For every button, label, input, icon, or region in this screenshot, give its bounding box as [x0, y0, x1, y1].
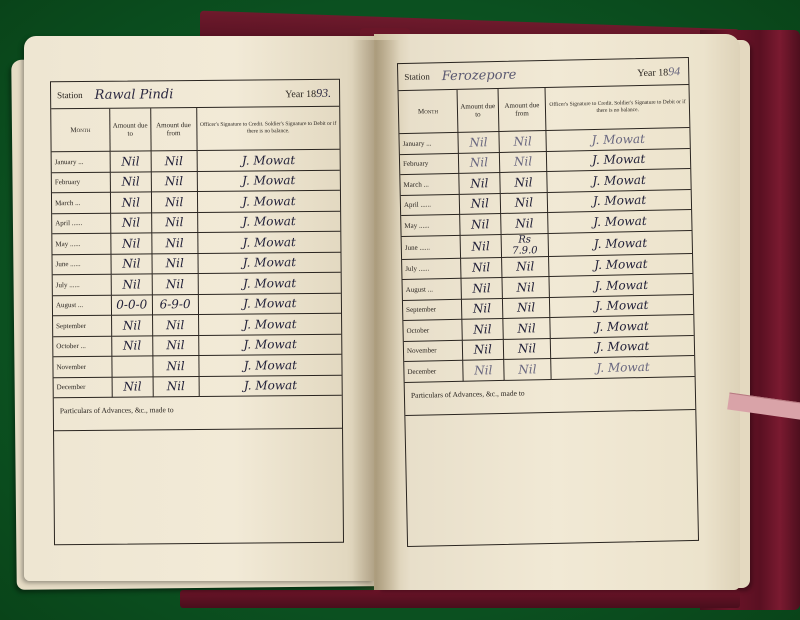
header-month: Month — [51, 109, 110, 152]
due-to-cell: Nil — [110, 171, 151, 192]
table-row: June ......NilNilJ. Mowat — [52, 252, 340, 275]
due-to-cell: Nil — [458, 152, 499, 173]
month-cell: October ... — [53, 336, 112, 357]
due-from-cell: Nil — [151, 150, 197, 171]
year-value: 93. — [316, 85, 331, 99]
due-from-cell: Nil — [151, 191, 197, 212]
due-from-cell: Nil — [502, 297, 550, 318]
due-from-cell: Nil — [151, 171, 197, 192]
due-to-cell: Nil — [461, 298, 502, 319]
due-to-cell: Nil — [461, 277, 502, 298]
month-cell: September — [403, 299, 462, 321]
station-value: Ferozepore — [442, 67, 517, 84]
signature-cell: J. Mowat — [197, 170, 340, 192]
due-to-cell: Nil — [112, 376, 153, 397]
monthly-account-table: Month Amount due to Amount due from Offi… — [399, 85, 695, 383]
due-from-cell: Nil — [152, 335, 198, 356]
due-from-cell: Nil — [501, 256, 549, 277]
due-from-cell: Nil — [151, 212, 197, 233]
monthly-account-table: Month Amount due to Amount due from Offi… — [51, 107, 342, 399]
month-cell: February — [52, 172, 111, 193]
due-from-cell: Rs 7.9.0 — [501, 233, 549, 257]
signature-cell: J. Mowat — [198, 313, 341, 335]
month-cell: July ...... — [53, 274, 112, 295]
header-amount-due-to: Amount due to — [110, 108, 151, 151]
due-to-cell: Nil — [461, 257, 502, 278]
due-to-cell: Nil — [112, 335, 153, 356]
due-to-cell: 0-0-0 — [111, 294, 152, 315]
table-row: July ......NilNilJ. Mowat — [53, 272, 341, 295]
due-from-cell: Nil — [152, 253, 198, 274]
left-account-form: Station Rawal Pindi Year 1893. Month Amo… — [50, 79, 344, 546]
header-amount-due-to: Amount due to — [457, 89, 499, 132]
month-cell: April ...... — [401, 194, 460, 216]
table-row: March ...NilNilJ. Mowat — [52, 190, 340, 213]
leather-cover-bottom-edge — [180, 590, 740, 608]
month-cell: May ...... — [401, 214, 460, 236]
due-from-cell: 6-9-0 — [152, 294, 198, 315]
signature-cell: J. Mowat — [197, 190, 340, 212]
signature-cell: J. Mowat — [199, 375, 342, 397]
due-from-cell: Nil — [503, 358, 551, 379]
signature-cell: J. Mowat — [197, 231, 340, 253]
due-from-cell: Nil — [152, 273, 198, 294]
month-cell: June ...... — [52, 254, 111, 275]
header-signature: Officer's Signature to Credit. Soldier's… — [196, 107, 339, 151]
signature-cell: J. Mowat — [197, 211, 340, 233]
month-cell: July ...... — [402, 258, 461, 280]
table-row: NovemberNilJ. Mowat — [53, 354, 341, 377]
due-to-cell: Nil — [111, 233, 152, 254]
month-cell: August ... — [402, 278, 461, 300]
month-cell: June ...... — [402, 235, 461, 259]
table-row: DecemberNilNilJ. Mowat — [54, 375, 342, 398]
due-to-cell: Nil — [111, 253, 152, 274]
particulars-label: Particulars of Advances, &c., made to — [54, 396, 342, 432]
year-prefix: Year 18 — [285, 88, 316, 99]
month-cell: March ... — [400, 173, 459, 195]
year-label: Year 1894 — [637, 64, 680, 80]
due-to-cell: Nil — [111, 212, 152, 233]
due-from-cell: Nil — [151, 232, 197, 253]
particulars-label: Particulars of Advances, &c., made to — [405, 376, 696, 415]
month-cell: November — [404, 340, 463, 362]
month-cell: December — [54, 377, 113, 398]
table-row: January ...NilNilJ. Mowat — [52, 149, 340, 172]
month-cell: March ... — [52, 192, 111, 213]
year-label: Year 1893. — [285, 85, 331, 100]
due-to-cell: Nil — [111, 274, 152, 295]
due-from-cell: Nil — [499, 151, 547, 172]
due-to-cell: Nil — [463, 359, 504, 380]
table-row: SeptemberNilNilJ. Mowat — [53, 313, 341, 336]
due-to-cell: Nil — [462, 339, 503, 360]
month-cell: November — [53, 356, 112, 377]
signature-cell: J. Mowat — [197, 149, 340, 171]
station-label: Station — [404, 71, 430, 82]
month-cell: August ... — [53, 295, 112, 316]
month-cell: October — [403, 319, 462, 341]
signature-cell: J. Mowat — [548, 230, 692, 256]
table-row: April ......NilNilJ. Mowat — [52, 211, 340, 234]
right-account-form: Station Ferozepore Year 1894 Month Amoun… — [397, 57, 699, 547]
month-cell: April ...... — [52, 213, 111, 234]
signature-cell: J. Mowat — [198, 252, 341, 274]
station-value: Rawal Pindi — [95, 87, 174, 103]
book-gutter — [352, 40, 400, 590]
due-from-cell: Nil — [500, 192, 548, 213]
due-to-cell: Nil — [459, 172, 500, 193]
due-to-cell: Nil — [112, 315, 153, 336]
month-cell: May ...... — [52, 233, 111, 254]
due-to-cell: Nil — [459, 193, 500, 214]
table-row: October ...NilNilJ. Mowat — [53, 334, 341, 357]
due-to-cell: Nil — [460, 234, 501, 258]
due-from-cell: Nil — [502, 276, 550, 297]
year-prefix: Year 18 — [637, 67, 668, 79]
due-to-cell: Nil — [110, 192, 151, 213]
month-cell: September — [53, 315, 112, 336]
header-amount-due-from: Amount due from — [150, 108, 196, 151]
signature-cell: J. Mowat — [199, 354, 342, 376]
station-row: Station Rawal Pindi Year 1893. — [51, 80, 339, 110]
due-from-cell: Nil — [503, 338, 551, 359]
header-amount-due-from: Amount due from — [498, 88, 547, 131]
year-value: 94 — [668, 64, 680, 78]
due-from-cell: Nil — [500, 212, 548, 233]
month-cell: December — [404, 360, 463, 382]
due-from-cell: Nil — [499, 171, 547, 192]
table-row: FebruaryNilNilJ. Mowat — [52, 170, 340, 193]
due-to-cell: Nil — [462, 318, 503, 339]
due-from-cell: Nil — [152, 314, 198, 335]
month-cell: January ... — [399, 132, 458, 154]
due-from-cell: Nil — [152, 355, 198, 376]
due-to-cell: Nil — [460, 213, 501, 234]
header-month: Month — [399, 90, 458, 134]
month-cell: February — [400, 153, 459, 175]
table-row: May ......NilNilJ. Mowat — [52, 231, 340, 254]
table-row: August ...0-0-06-9-0J. Mowat — [53, 293, 341, 316]
signature-cell: J. Mowat — [198, 334, 341, 356]
month-cell: January ... — [52, 151, 111, 172]
due-from-cell: Nil — [153, 376, 199, 397]
due-from-cell: Nil — [499, 130, 547, 151]
due-to-cell — [112, 356, 153, 377]
due-to-cell: Nil — [110, 151, 151, 172]
station-label: Station — [57, 90, 83, 100]
header-signature: Officer's Signature to Credit. Soldier's… — [545, 85, 689, 130]
signature-cell: J. Mowat — [551, 355, 695, 378]
due-to-cell: Nil — [458, 131, 499, 152]
signature-cell: J. Mowat — [198, 293, 341, 315]
due-from-cell: Nil — [503, 317, 551, 338]
signature-cell: J. Mowat — [198, 272, 341, 294]
